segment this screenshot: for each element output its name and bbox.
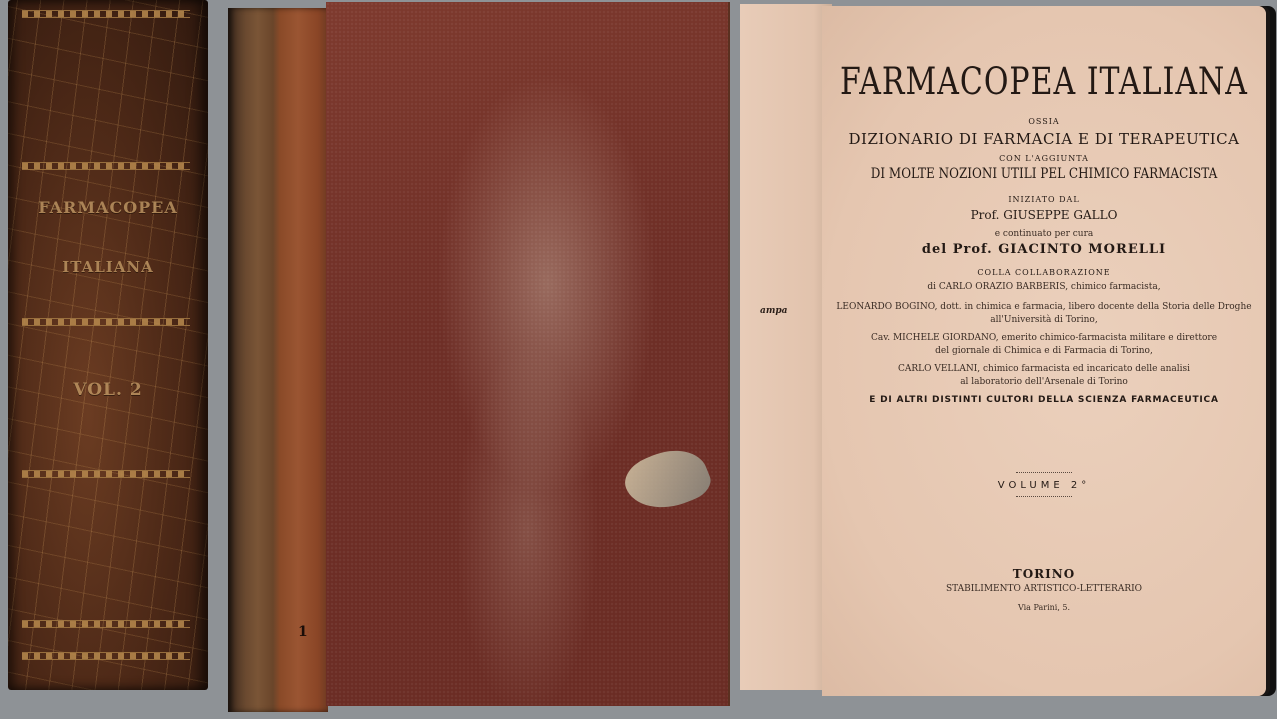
continuato-text: e continuato per cura	[822, 229, 1266, 239]
spine-gilt-band	[22, 470, 190, 478]
flyleaf-page: ampa	[740, 4, 832, 690]
collaborator-line: di CARLO ORAZIO BARBERIS, chimico farmac…	[822, 282, 1266, 292]
publisher-name: STABILIMENTO ARTISTICO-LETTERARIO	[822, 584, 1266, 594]
spine-gilt-band	[22, 10, 190, 18]
volume-label: VOLUME 2°	[822, 480, 1266, 491]
author-morelli: del Prof. GIACINTO MORELLI	[822, 242, 1266, 257]
spine-title: FARMACOPEA	[8, 198, 208, 217]
cover-spine-edge	[228, 8, 328, 712]
collaborator-line: del giornale di Chimica e di Farmacia di…	[822, 346, 1266, 356]
spine-subtitle: ITALIANA	[8, 258, 208, 276]
volume-rule-bottom	[1016, 496, 1072, 497]
cover-damage-patch	[618, 439, 715, 522]
book-front-cover: 1	[326, 2, 730, 706]
iniziato-text: INIZIATO DAL	[822, 195, 1266, 204]
flyleaf-stamp-text: ampa	[760, 306, 787, 316]
volume-rule-top	[1016, 472, 1072, 473]
collaborator-line: all'Università di Torino,	[822, 315, 1266, 325]
collaborator-line: LEONARDO BOGINO, dott. in chimica e farm…	[822, 302, 1266, 312]
spine-gilt-band	[22, 620, 190, 628]
spine-gilt-band	[22, 318, 190, 326]
publisher-address: Via Parini, 5.	[822, 603, 1266, 612]
nozioni-text: DI MOLTE NOZIONI UTILI PEL CHIMICO FARMA…	[822, 165, 1266, 182]
book-title: FARMACOPEA ITALIANA	[822, 60, 1266, 104]
spine-volume: VOL. 2	[8, 380, 208, 400]
book-subtitle: DIZIONARIO DI FARMACIA E DI TERAPEUTICA	[822, 130, 1266, 148]
altri-cultori-text: E DI ALTRI DISTINTI CULTORI DELLA SCIENZ…	[822, 395, 1266, 405]
collaborazione-heading: COLLA COLLABORAZIONE	[822, 268, 1266, 277]
book-spine: FARMACOPEA ITALIANA VOL. 2	[8, 0, 208, 690]
title-page: FARMACOPEA ITALIANA OSSIA DIZIONARIO DI …	[822, 6, 1266, 696]
author-gallo: Prof. GIUSEPPE GALLO	[822, 208, 1266, 222]
cover-corner-mark: 1	[298, 624, 308, 640]
spine-gilt-band	[22, 652, 190, 660]
aggiunta-text: CON L'AGGIUNTA	[822, 154, 1266, 163]
collaborator-line: al laboratorio dell'Arsenale di Torino	[822, 377, 1266, 387]
collaborator-line: CARLO VELLANI, chimico farmacista ed inc…	[822, 364, 1266, 374]
ossia-text: OSSIA	[822, 117, 1266, 126]
spine-gilt-band	[22, 162, 190, 170]
publisher-city: TORINO	[822, 567, 1266, 581]
collaborator-line: Cav. MICHELE GIORDANO, emerito chimico-f…	[822, 333, 1266, 343]
